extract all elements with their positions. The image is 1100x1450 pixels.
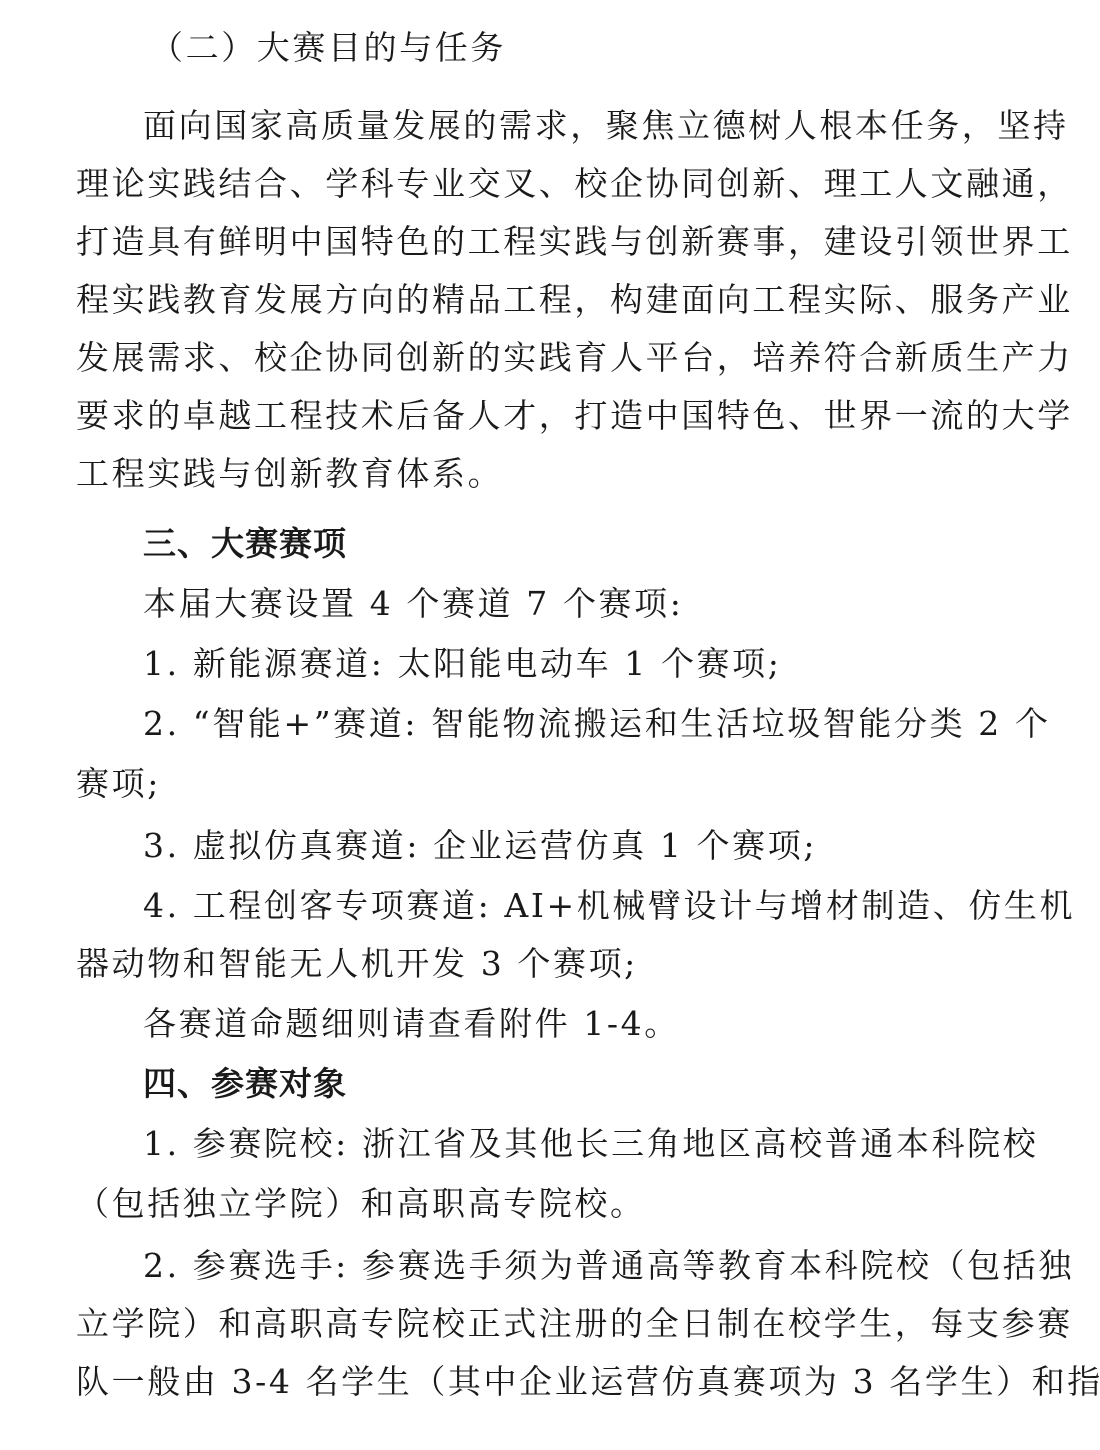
section-2-heading: （二）大赛目的与任务: [150, 28, 506, 68]
list-item-institutions: 1. 参赛院校: 浙江省及其他长三角地区高校普通本科院校: [143, 1124, 1038, 1164]
paragraph-line: 打造具有鲜明中国特色的工程实践与创新赛事，建设引领世界工: [76, 222, 1073, 262]
section-3-note: 各赛道命题细则请查看附件 1-4。: [143, 1004, 680, 1044]
list-item-participants: 2. 参赛选手: 参赛选手须为普通高等教育本科院校（包括独: [143, 1246, 1074, 1286]
list-item-participants-cont: 队一般由 3-4 名学生（其中企业运营仿真赛项为 3 名学生）和指: [76, 1362, 1100, 1402]
list-item-maker-cont: 器动物和智能无人机开发 3 个赛项;: [76, 944, 638, 984]
section-3-heading: 三、大赛赛项: [143, 524, 347, 564]
section-4-heading: 四、参赛对象: [143, 1064, 347, 1104]
paragraph-line: 发展需求、校企协同创新的实践育人平台，培养符合新质生产力: [76, 338, 1073, 378]
paragraph-line: 要求的卓越工程技术后备人才，打造中国特色、世界一流的大学: [76, 396, 1073, 436]
list-item-institutions-cont: （包括独立学院）和高职高专院校。: [76, 1184, 646, 1224]
paragraph-line: 面向国家高质量发展的需求，聚焦立德树人根本任务，坚持: [143, 106, 1069, 146]
list-item-virtual-sim: 3. 虚拟仿真赛道: 企业运营仿真 1 个赛项;: [143, 826, 817, 866]
paragraph-line: 程实践教育发展方向的精品工程，构建面向工程实际、服务产业: [76, 280, 1073, 320]
list-item-smart-plus-cont: 赛项;: [76, 764, 161, 804]
list-item-smart-plus: 2. “智能+”赛道: 智能物流搬运和生活垃圾智能分类 2 个: [143, 704, 1051, 744]
list-item-new-energy: 1. 新能源赛道: 太阳能电动车 1 个赛项;: [143, 644, 781, 684]
section-3-intro: 本届大赛设置 4 个赛道 7 个赛项:: [143, 584, 683, 624]
paragraph-line: 理论实践结合、学科专业交叉、校企协同创新、理工人文融通，: [76, 164, 1073, 204]
list-item-maker: 4. 工程创客专项赛道: AI+机械臂设计与增材制造、仿生机: [143, 886, 1075, 926]
list-item-participants-cont: 立学院）和高职高专院校正式注册的全日制在校学生，每支参赛: [76, 1304, 1073, 1344]
paragraph-line: 工程实践与创新教育体系。: [76, 454, 503, 494]
